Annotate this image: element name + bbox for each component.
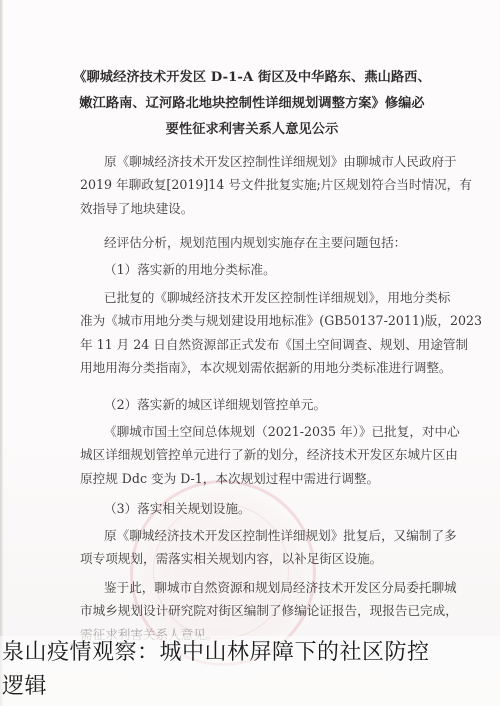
issue-2-heading: （2）落实新的城区详细规划管控单元。 <box>104 393 464 416</box>
text-line: （1）落实新的用地分类标准。 <box>104 258 464 281</box>
overlay-caption: 泉山疫情观察：城中山林屏障下的社区防控 逻辑 <box>2 636 498 704</box>
title-line: 要性征求利害关系人意见公示 <box>62 117 442 143</box>
document-title: 《聊城经济技术开发区 D-1-A 街区及中华路东、燕山路西、 嫩江路南、辽河路北… <box>62 65 442 143</box>
text-line: 原《聊城经济技术开发区控制性详细规划》由聊城市人民政府于 <box>80 150 440 173</box>
issue-2-body: 《聊城市国土空间总体规划（2021-2035 年）》已批复，对中心 城区详细规划… <box>80 420 440 490</box>
caption-line: 逻辑 <box>2 670 498 704</box>
paragraph-analysis: 经评估分析，规划范围内规划实施存在主要问题包括： <box>104 231 464 254</box>
text-line: （2）落实新的城区详细规划管控单元。 <box>104 393 464 416</box>
text-line: 用地用海分类指南》，本次规划需依据新的用地分类标准进行调整。 <box>80 356 440 379</box>
text-line: 原《聊城经济技术开发区控制性详细规划》批复后，又编制了多 <box>80 524 440 547</box>
paragraph-intro: 原《聊城经济技术开发区控制性详细规划》由聊城市人民政府于 2019 年聊政复[2… <box>80 150 440 220</box>
text-line: 《聊城市国土空间总体规划（2021-2035 年）》已批复，对中心 <box>80 420 440 443</box>
issue-3-body: 原《聊城经济技术开发区控制性详细规划》批复后，又编制了多 项专项规划，需落实相关… <box>80 524 440 571</box>
issue-1-body: 已批复的《聊城经济技术开发区控制性详细规划》，用地分类标 准为《城市用地分类与规… <box>80 286 440 380</box>
title-line: 《聊城经济技术开发区 D-1-A 街区及中华路东、燕山路西、 <box>62 65 442 91</box>
title-line: 嫩江路南、辽河路北地块控制性详细规划调整方案》修编必 <box>62 91 442 117</box>
text-line: 经评估分析，规划范围内规划实施存在主要问题包括： <box>104 231 464 254</box>
text-line: 鉴于此，聊城市自然资源和规划局经济技术开发区分局委托聊城 <box>80 576 440 599</box>
scanned-document-page: 《聊城经济技术开发区 D-1-A 街区及中华路东、燕山路西、 嫩江路南、辽河路北… <box>0 0 500 706</box>
issue-3-heading: （3）落实相关规划设施。 <box>104 497 464 520</box>
issue-1-heading: （1）落实新的用地分类标准。 <box>104 258 464 281</box>
text-line: 项专项规划，需落实相关规划内容，以补足街区设施。 <box>80 547 440 570</box>
text-line: 已批复的《聊城经济技术开发区控制性详细规划》，用地分类标 <box>80 286 440 309</box>
text-line: 城区详细规划管控单元进行了新的划分，经济技术开发区东城片区由 <box>80 443 440 466</box>
page-edge-shadow <box>0 0 3 706</box>
text-line: 市城乡规划设计研究院对街区编制了修编论证报告，现报告已完成， <box>80 599 440 622</box>
text-line: 2019 年聊政复[2019]14 号文件批复实施;片区规划符合当时情况，有 <box>80 173 440 196</box>
text-line: 准为《城市用地分类与规划建设用地标准》(GB50137-2011)版，2023 <box>80 309 440 332</box>
text-line: （3）落实相关规划设施。 <box>104 497 464 520</box>
text-line: 原控规 Ddc 变为 D-1，本次规划过程中需进行调整。 <box>80 467 440 490</box>
text-line: 年 11 月 24 日自然资源部正式发布《国土空间调查、规划、用途管制 <box>80 333 440 356</box>
text-line: 效指导了地块建设。 <box>80 197 440 220</box>
caption-line: 泉山疫情观察：城中山林屏障下的社区防控 <box>2 636 498 670</box>
